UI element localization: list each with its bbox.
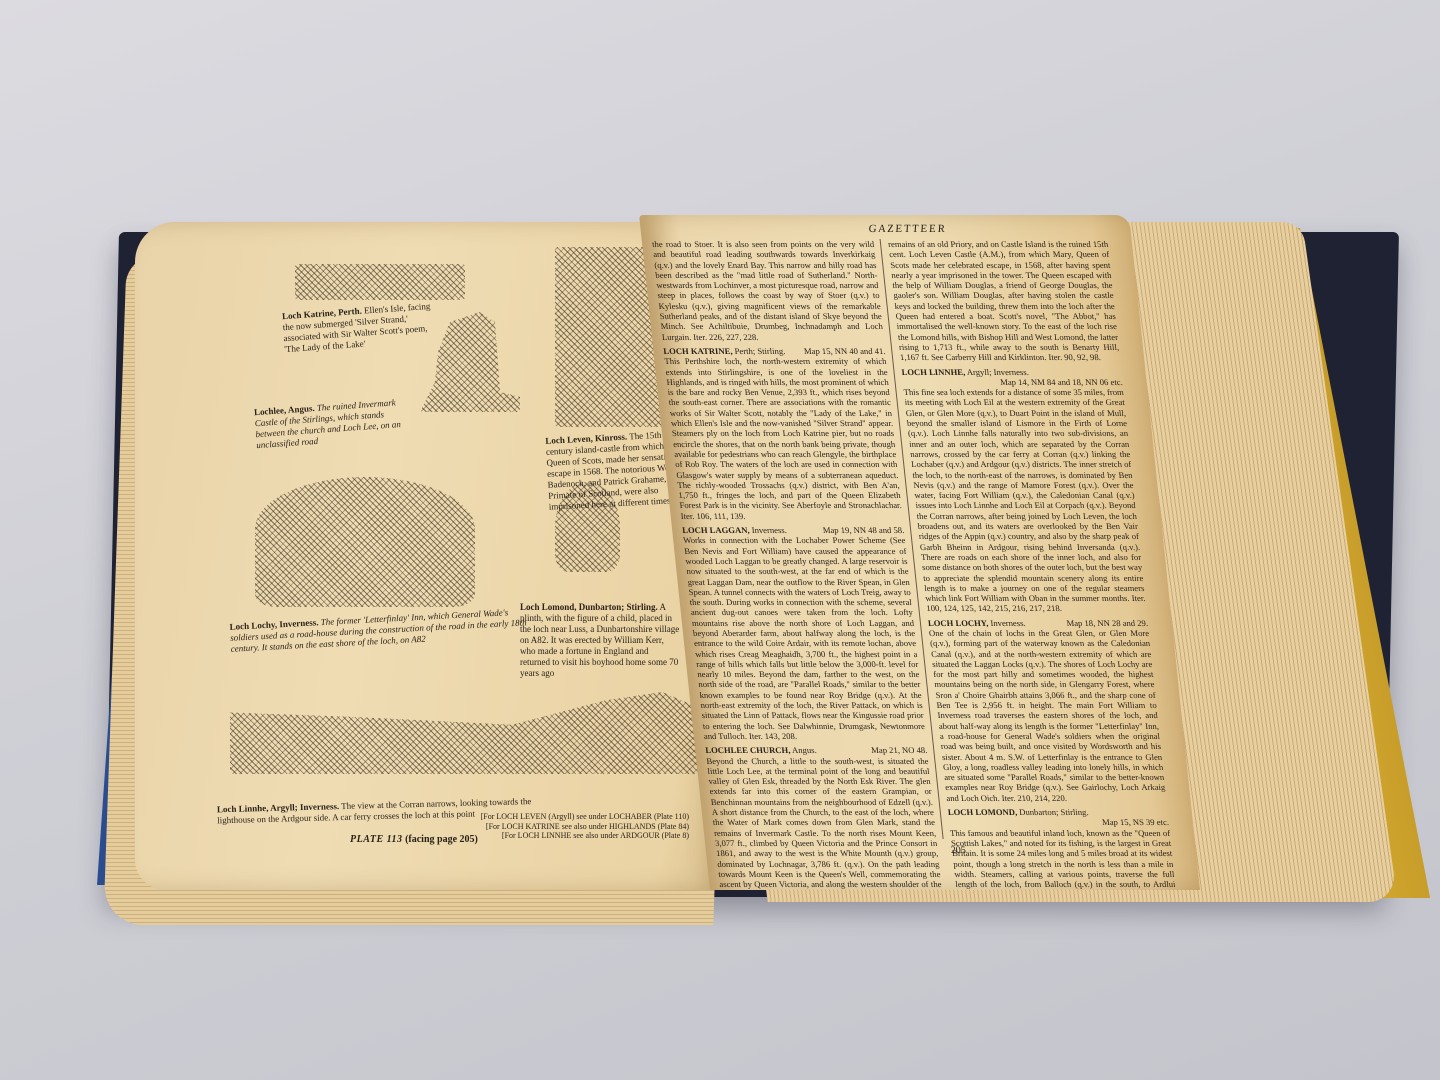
plate-label: PLATE 113 (facing page 205) xyxy=(350,834,478,845)
entry-loch-laggan: LOCH LAGGAN, Inverness. Map 19, NN 48 an… xyxy=(682,525,927,741)
entry-lochlee-church: LOCHLEE CHURCH, Angus. Map 21, NO 48. Be… xyxy=(705,745,944,890)
right-page-gazetteer: GAZETTEER the road to Stoer. It is also … xyxy=(639,215,1200,890)
caption-loch-katrine: Loch Katrine, Perth. Ellen's Isle, facin… xyxy=(282,301,435,355)
page-number: 205 xyxy=(950,845,966,856)
entry-loch-linnhe: LOCH LINNHE, Argyll; Inverness. Map 14, … xyxy=(901,367,1147,614)
entry-continued: the road to Stoer. It is also seen from … xyxy=(652,239,885,342)
cross-references: [For LOCH LEVEN (Argyll) see under LOCHA… xyxy=(481,812,689,841)
entry-loch-lomond: LOCH LOMOND, Dunbarton; Stirling. Map 15… xyxy=(947,807,1186,890)
left-page-plate: Loch Katrine, Perth. Ellen's Isle, facin… xyxy=(135,222,727,890)
illustration-loch-lomond-plinth xyxy=(555,482,620,572)
illustration-letterfinlay-inn xyxy=(255,477,475,607)
illustration-corran-narrows xyxy=(230,692,700,774)
photo-scene: Loch Katrine, Perth. Ellen's Isle, facin… xyxy=(0,0,1440,1080)
entry-loch-leven-continued: remains of an old Priory, and on Castle … xyxy=(888,239,1121,363)
caption-lochlee: Lochlee, Angus. The ruined Invermark Cas… xyxy=(254,397,407,451)
running-header: GAZETTEER xyxy=(868,223,947,235)
caption-loch-lochy: Loch Lochy, Inverness. The former 'Lette… xyxy=(229,606,530,655)
caption-loch-lomond: Loch Lomond, Dunbarton; Stirling. A plin… xyxy=(520,602,680,679)
entry-loch-katrine: LOCH KATRINE, Perth; Stirling. Map 15, N… xyxy=(663,346,903,521)
illustration-invermark-castle xyxy=(420,312,520,412)
illustration-loch-katrine xyxy=(295,264,465,300)
entry-loch-lochy: LOCH LOCHY, Inverness. Map 18, NN 28 and… xyxy=(927,618,1166,803)
